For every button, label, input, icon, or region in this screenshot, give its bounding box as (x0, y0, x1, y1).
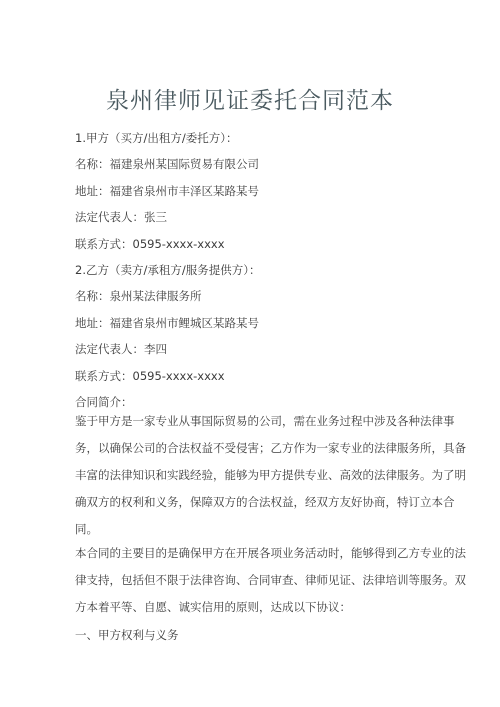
party-a-name: 名称：福建泉州某国际贸易有限公司 (75, 156, 259, 172)
paragraph-line: 务，以确保公司的合法权益不受侵害；乙方作为一家专业的法律服务所，具备 (75, 435, 430, 462)
paragraph-line: 律支持，包括但不限于法律咨询、合同审查、律师见证、法律培训等服务。双 (75, 567, 430, 594)
paragraph-line: 本合同的主要目的是确保甲方在开展各项业务活动时，能够得到乙方专业的法 (75, 540, 430, 567)
party-b-heading: 2.乙方（卖方/承租方/服务提供方）： (75, 262, 260, 278)
party-b-contact: 联系方式：0595-xxxx-xxxx (75, 368, 225, 384)
section-1-heading: 一、甲方权利与义务 (75, 627, 179, 643)
paragraph-line: 确双方的权利和义务，保障双方的合法权益，经双方友好协商，特订立本合 (75, 489, 430, 516)
paragraph-line: 鉴于甲方是一家专业从事国际贸易的公司，需在业务过程中涉及各种法律事 (75, 408, 430, 435)
paragraph-line: 丰富的法律知识和实践经验，能够为甲方提供专业、高效的法律服务。为了明 (75, 462, 430, 489)
party-b-representative: 法定代表人：李四 (75, 341, 167, 357)
document-page: 泉州律师见证委托合同范本 1.甲方（买方/出租方/委托方）： 名称：福建泉州某国… (0, 0, 500, 707)
document-title: 泉州律师见证委托合同范本 (0, 82, 500, 115)
party-a-address: 地址：福建省泉州市丰泽区某路某号 (75, 183, 259, 199)
party-a-representative: 法定代表人：张三 (75, 209, 167, 225)
party-a-heading: 1.甲方（买方/出租方/委托方）： (75, 130, 237, 146)
party-b-name: 名称：泉州某法律服务所 (75, 288, 202, 304)
party-b-address: 地址：福建省泉州市鲤城区某路某号 (75, 315, 259, 331)
paragraph-line: 方本着平等、自愿、诚实信用的原则，达成以下协议： (75, 594, 430, 621)
intro-paragraph: 鉴于甲方是一家专业从事国际贸易的公司，需在业务过程中涉及各种法律事 务，以确保公… (75, 408, 430, 543)
purpose-paragraph: 本合同的主要目的是确保甲方在开展各项业务活动时，能够得到乙方专业的法 律支持，包… (75, 540, 430, 621)
party-a-contact: 联系方式：0595-xxxx-xxxx (75, 236, 225, 252)
paragraph-line: 同。 (75, 516, 430, 543)
